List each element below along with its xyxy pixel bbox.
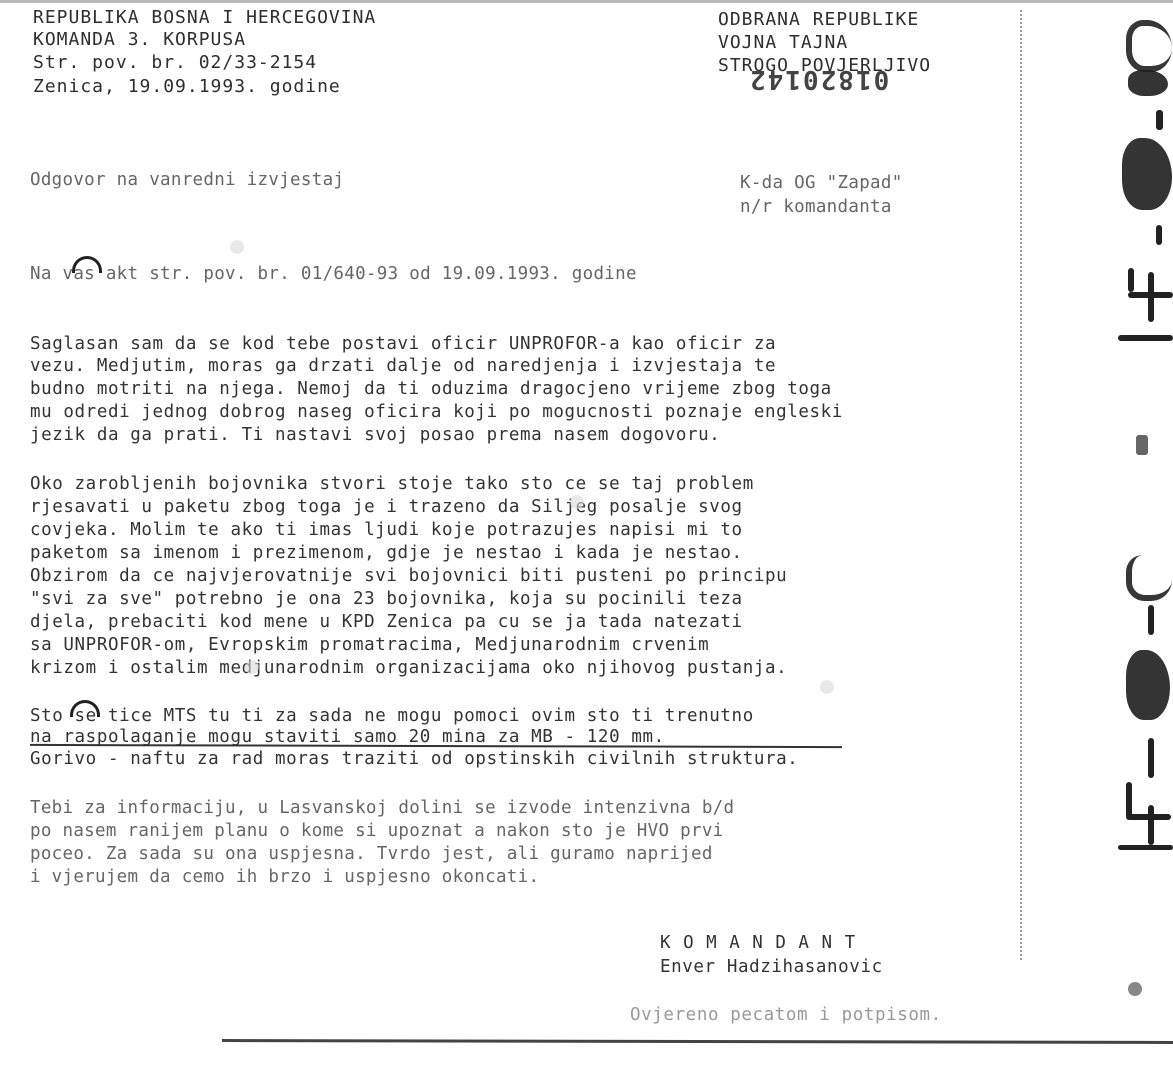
margin-mark: [1148, 605, 1154, 635]
header-place-date: Zenica, 19.09.1993. godine: [33, 76, 341, 98]
header-republic: REPUBLIKA BOSNA I HERCEGOVINA: [33, 7, 376, 29]
body-line: rjesavati u paketu zbog toga je i trazen…: [30, 496, 743, 518]
recipient-line-2: n/r komandanta: [740, 196, 892, 218]
body-line: krizom i ostalim medjunarodnim organizac…: [30, 657, 787, 679]
fold-line: [1020, 10, 1022, 960]
body-line: poceo. Za sada su ona uspjesna. Tvrdo je…: [30, 843, 713, 865]
margin-mark: [1126, 20, 1172, 72]
margin-mark: [1126, 650, 1170, 720]
margin-mark: [1118, 335, 1173, 341]
body-line: i vjerujem da cemo ih brzo i uspjesno ok…: [30, 866, 539, 888]
header-reference-number: Str. pov. br. 02/33-2154: [33, 52, 317, 74]
body-line: Obzirom da ce najvjerovatnije svi bojovn…: [30, 565, 787, 587]
subject-line: Odgovor na vanredni izvjestaj: [30, 169, 344, 191]
signature-title: K O M A N D A N T: [660, 932, 856, 954]
header-command: KOMANDA 3. KORPUSA: [33, 29, 246, 51]
margin-handwriting: [1118, 10, 1173, 1010]
scan-speck: [245, 660, 259, 674]
body-line: covjeka. Molim te ako ti imas ljudi koje…: [30, 519, 743, 541]
body-line: mu odredi jednog dobrog naseg oficira ko…: [30, 401, 843, 423]
classification-line-2: VOJNA TAJNA: [718, 32, 848, 54]
margin-mark: [1156, 225, 1162, 245]
scan-speck: [820, 680, 834, 694]
margin-mark: [1126, 555, 1172, 601]
margin-mark: [1148, 805, 1154, 845]
margin-mark: [1128, 268, 1134, 292]
signature-name: Enver Hadzihasanovic: [660, 956, 883, 978]
scan-speck: [570, 495, 584, 509]
margin-mark: [1128, 982, 1142, 996]
margin-mark: [1136, 435, 1148, 455]
margin-mark: [1156, 110, 1163, 130]
margin-mark: [1122, 138, 1172, 210]
scan-speck: [230, 240, 244, 254]
classification-line-1: ODBRANA REPUBLIKE: [718, 9, 919, 31]
body-line: po nasem ranijem planu o kome si upoznat…: [30, 820, 724, 842]
margin-mark: [1126, 782, 1132, 818]
body-line: jezik da ga prati. Ti nastavi svoj posao…: [30, 424, 720, 446]
body-line: Gorivo - naftu za rad moras traziti od o…: [30, 748, 798, 770]
certification-note: Ovjereno pecatom i potpisom.: [630, 1004, 942, 1026]
body-line: vezu. Medjutim, moras ga drzati dalje od…: [30, 355, 776, 377]
body-line: Sto se tice MTS tu ti za sada ne mogu po…: [30, 705, 754, 727]
bottom-rule: [222, 1039, 1173, 1044]
body-line: Saglasan sam da se kod tebe postavi ofic…: [30, 333, 776, 355]
body-line: djela, prebaciti kod mene u KPD Zenica p…: [30, 611, 743, 633]
scan-top-edge: [0, 0, 1173, 3]
archive-stamp-number: 01820142: [748, 64, 889, 94]
recipient-line-1: K-da OG "Zapad": [740, 172, 903, 194]
body-line: budno motriti na njega. Nemoj da ti oduz…: [30, 378, 832, 400]
margin-mark: [1118, 845, 1173, 850]
margin-mark: [1128, 70, 1168, 96]
body-line: Tebi za informaciju, u Lasvanskoj dolini…: [30, 797, 734, 819]
margin-mark: [1148, 272, 1154, 322]
reference-line: Na vas akt str. pov. br. 01/640-93 od 19…: [30, 263, 637, 285]
body-line: paketom sa imenom i prezimenom, gdje je …: [30, 542, 743, 564]
body-line: sa UNPROFOR-om, Evropskim promatracima, …: [30, 634, 709, 656]
body-line: Oko zarobljenih bojovnika stvori stoje t…: [30, 473, 754, 495]
body-line: "svi za sve" potrebno je ona 23 bojovnik…: [30, 588, 743, 610]
margin-mark: [1148, 738, 1154, 778]
